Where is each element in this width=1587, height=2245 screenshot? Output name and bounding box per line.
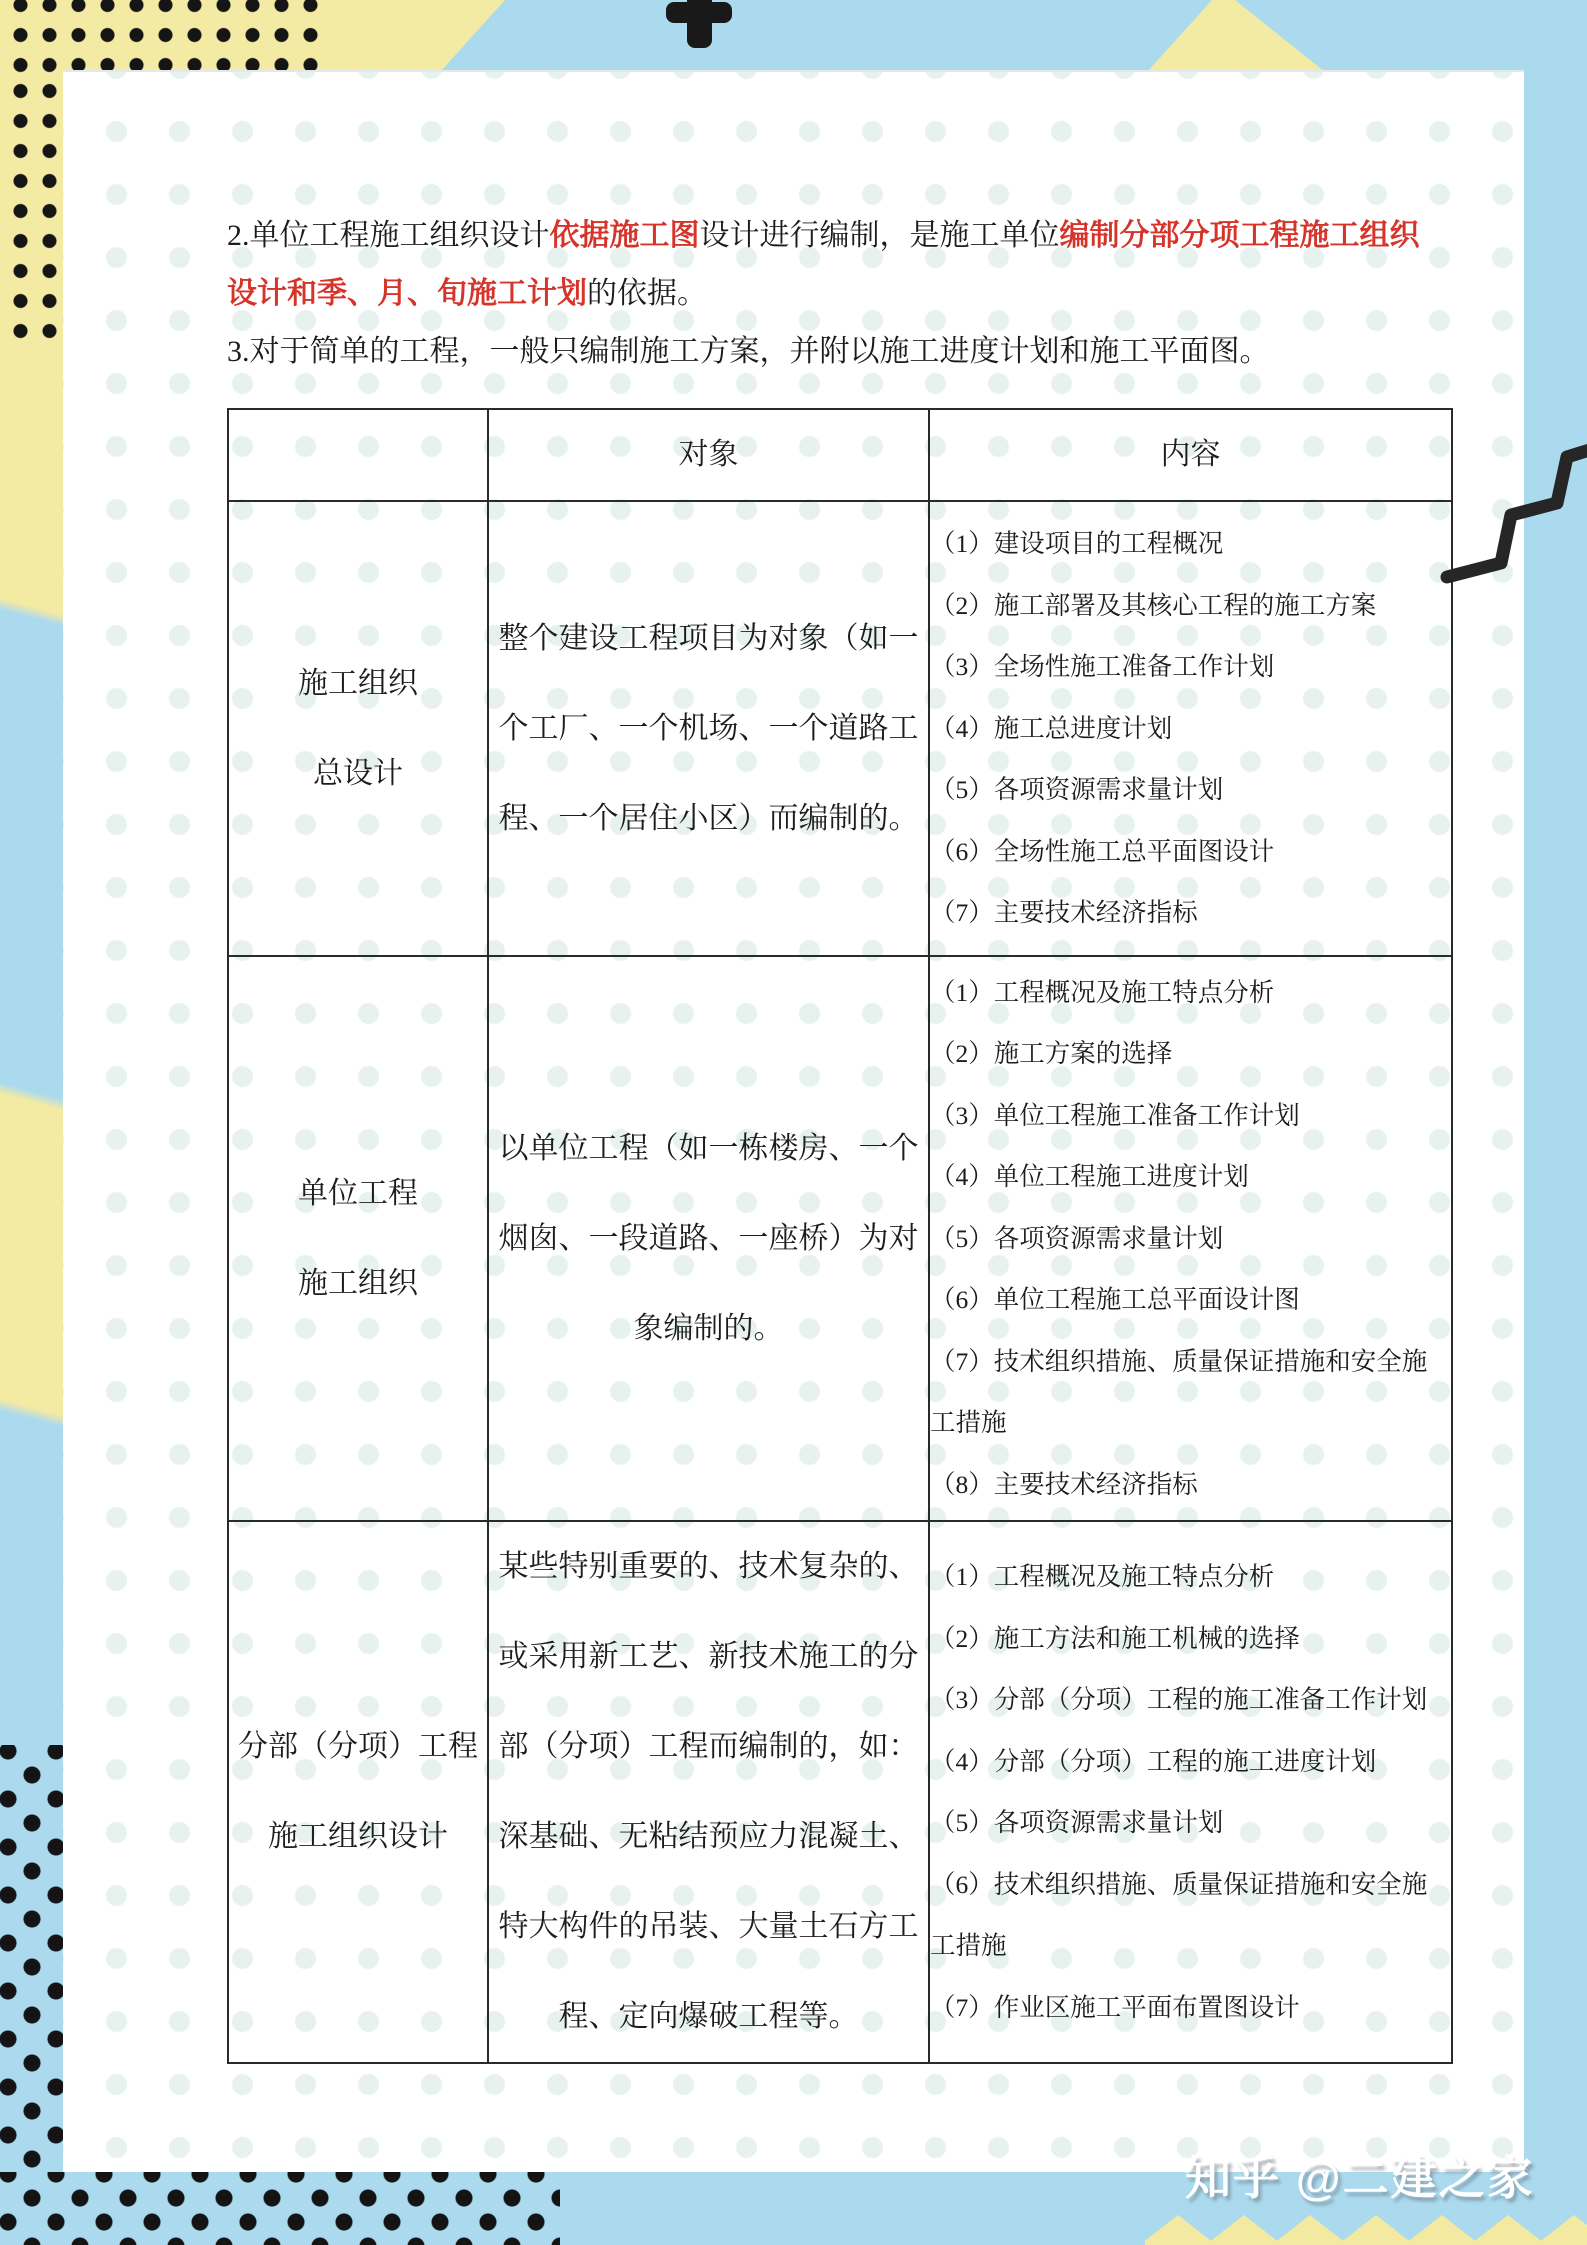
row-label-line: 施工组织设计 [229,1792,487,1882]
content-item: （2）施工方案的选择 [930,1023,1451,1085]
header-object: 对象 [488,409,929,501]
content-item: （8）主要技术经济指标 [930,1454,1451,1516]
content-item: （6）技术组织措施、质量保证措施和安全施工措施 [930,1854,1451,1977]
content-item: （4）分部（分项）工程的施工进度计划 [930,1731,1451,1793]
row-label-line: 施工组织 [229,639,487,729]
intro-segment: 设计进行编制，是施工单位 [700,219,1060,252]
row-label-line: 单位工程 [229,1149,487,1239]
table-row: 施工组织 总设计 整个建设工程项目为对象（如一个工厂、一个机场、一个道路工程、一… [228,501,1452,956]
intro-segment: 的依据。 [587,277,707,310]
triangle-pattern [1145,2215,1587,2245]
intro-segment: 2.单位工程施工组织设计 [227,219,550,252]
row-content-cell: （1）建设项目的工程概况 （2）施工部署及其核心工程的施工方案 （3）全场性施工… [929,501,1452,956]
row-label-line: 施工组织 [229,1239,487,1329]
content-item: （4）施工总进度计划 [930,698,1451,760]
right-stripe-decoration [1524,0,1587,2245]
content-item: （4）单位工程施工进度计划 [930,1146,1451,1208]
content-item: （5）各项资源需求量计划 [930,1792,1451,1854]
polka-dots-bottom-left-column [0,1745,64,2172]
row-object-cell: 某些特别重要的、技术复杂的、或采用新工艺、新技术施工的分部（分项）工程而编制的，… [488,1521,929,2063]
content-item: （3）单位工程施工准备工作计划 [930,1085,1451,1147]
content-item: （2）施工部署及其核心工程的施工方案 [930,575,1451,637]
polka-dots-bottom-band [0,2172,560,2245]
row-content-cell: （1）工程概况及施工特点分析 （2）施工方法和施工机械的选择 （3）分部（分项）… [929,1521,1452,2063]
row-label-line: 总设计 [229,729,487,819]
intro-paragraph-2: 2.单位工程施工组织设计依据施工图设计进行编制，是施工单位编制分部分项工程施工组… [227,207,1445,323]
plus-icon [655,0,745,56]
content-item: （1）工程概况及施工特点分析 [930,1546,1451,1608]
row-object-cell: 整个建设工程项目为对象（如一个工厂、一个机场、一个道路工程、一个居住小区）而编制… [488,501,929,956]
intro-highlight: 依据施工图 [550,219,700,252]
content-item: （7）技术组织措施、质量保证措施和安全施工措施 [930,1331,1451,1454]
content-item: （2）施工方法和施工机械的选择 [930,1608,1451,1670]
row-object-cell: 以单位工程（如一栋楼房、一个烟囱、一段道路、一座桥）为对象编制的。 [488,956,929,1521]
content-item: （7）作业区施工平面布置图设计 [930,1977,1451,2039]
content-item: （1）工程概况及施工特点分析 [930,962,1451,1024]
document-canvas: 2.单位工程施工组织设计依据施工图设计进行编制，是施工单位编制分部分项工程施工组… [0,0,1587,2245]
polka-dots-left-column [0,74,64,340]
content-item: （5）各项资源需求量计划 [930,1208,1451,1270]
row-label: 施工组织 总设计 [228,501,488,956]
table-row: 单位工程 施工组织 以单位工程（如一栋楼房、一个烟囱、一段道路、一座桥）为对象编… [228,956,1452,1521]
polka-dots-top-left [0,0,322,74]
content-item: （6）单位工程施工总平面设计图 [930,1269,1451,1331]
content-item: （7）主要技术经济指标 [930,882,1451,944]
content-item: （6）全场性施工总平面图设计 [930,821,1451,883]
table-header-row: 对象 内容 [228,409,1452,501]
zigzag-line-icon [1435,425,1587,600]
intro-segment: 3.对于简单的工程，一般只编制施工方案，并附以施工进度计划和施工平面图。 [227,335,1270,368]
row-content-cell: （1）工程概况及施工特点分析 （2）施工方案的选择 （3）单位工程施工准备工作计… [929,956,1452,1521]
row-label: 单位工程 施工组织 [228,956,488,1521]
page-sheet: 2.单位工程施工组织设计依据施工图设计进行编制，是施工单位编制分部分项工程施工组… [63,70,1524,2172]
intro-text: 2.单位工程施工组织设计依据施工图设计进行编制，是施工单位编制分部分项工程施工组… [227,207,1445,381]
content-item: （5）各项资源需求量计划 [930,759,1451,821]
table-row: 分部（分项）工程 施工组织设计 某些特别重要的、技术复杂的、或采用新工艺、新技术… [228,1521,1452,2063]
content-item: （3）全场性施工准备工作计划 [930,636,1451,698]
zhihu-watermark: 知乎 @二建之家 [1185,2142,1535,2208]
row-label: 分部（分项）工程 施工组织设计 [228,1521,488,2063]
construction-organization-table: 对象 内容 施工组织 总设计 整个建设工程项目为对象（如一个工厂、一个机场、一个… [227,408,1453,2064]
intro-paragraph-3: 3.对于简单的工程，一般只编制施工方案，并附以施工进度计划和施工平面图。 [227,323,1445,381]
content-item: （1）建设项目的工程概况 [930,513,1451,575]
header-empty [228,409,488,501]
header-content: 内容 [929,409,1452,501]
row-label-line: 分部（分项）工程 [229,1702,487,1792]
content-item: （3）分部（分项）工程的施工准备工作计划 [930,1669,1451,1731]
